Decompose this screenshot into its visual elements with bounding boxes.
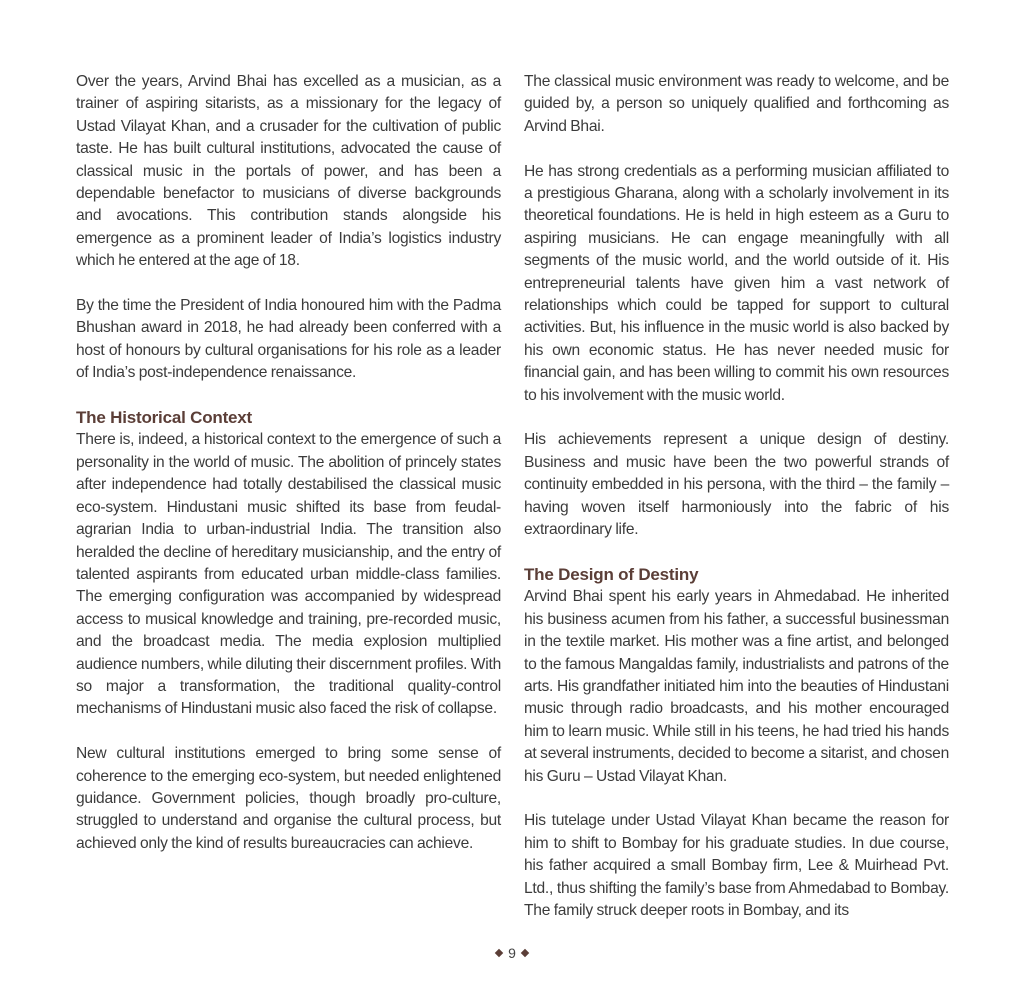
document-page: Over the years, Arvind Bhai has excelled… bbox=[0, 0, 1024, 994]
diamond-icon bbox=[495, 949, 503, 957]
left-column: Over the years, Arvind Bhai has excelled… bbox=[76, 71, 501, 855]
intro-paragraph-2: By the time the President of India honou… bbox=[76, 295, 501, 385]
section-heading-design-of-destiny: The Design of Destiny bbox=[524, 564, 949, 586]
right-paragraph-2: He has strong credentials as a performin… bbox=[524, 161, 949, 407]
historical-context-paragraph-2: New cultural institutions emerged to bri… bbox=[76, 743, 501, 855]
intro-paragraph-1: Over the years, Arvind Bhai has excelled… bbox=[76, 71, 501, 273]
section-heading-historical-context: The Historical Context bbox=[76, 407, 501, 429]
design-of-destiny-paragraph-1: Arvind Bhai spent his early years in Ahm… bbox=[524, 586, 949, 788]
right-paragraph-3: His achievements represent a unique desi… bbox=[524, 429, 949, 541]
diamond-icon bbox=[521, 949, 529, 957]
historical-context-paragraph-1: There is, indeed, a historical context t… bbox=[76, 429, 501, 720]
design-of-destiny-paragraph-2: His tutelage under Ustad Vilayat Khan be… bbox=[524, 810, 949, 922]
page-footer: 9 bbox=[0, 945, 1024, 961]
right-column: The classical music environment was read… bbox=[524, 71, 949, 922]
right-paragraph-1: The classical music environment was read… bbox=[524, 71, 949, 138]
page-number: 9 bbox=[508, 945, 516, 961]
